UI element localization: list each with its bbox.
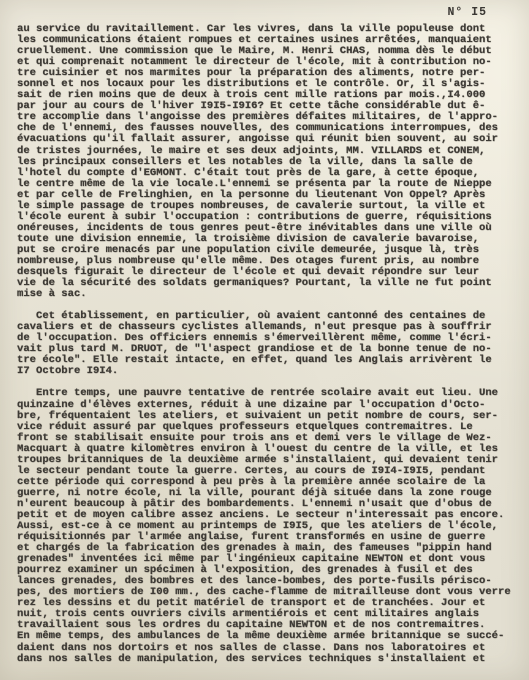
page-number: N° I5 [447, 6, 487, 19]
paragraph-2: Cet établissement, en particulier, où av… [17, 311, 523, 377]
paragraph-1: au service du ravitaillement. Car les vi… [17, 24, 523, 300]
paragraph-3: Entre temps, une pauvre tentative de ren… [17, 388, 523, 664]
document-page: N° I5 au service du ravitaillement. Car … [0, 0, 529, 680]
document-body: au service du ravitaillement. Car les vi… [17, 24, 523, 680]
footer-dots: ...... [312, 676, 523, 680]
